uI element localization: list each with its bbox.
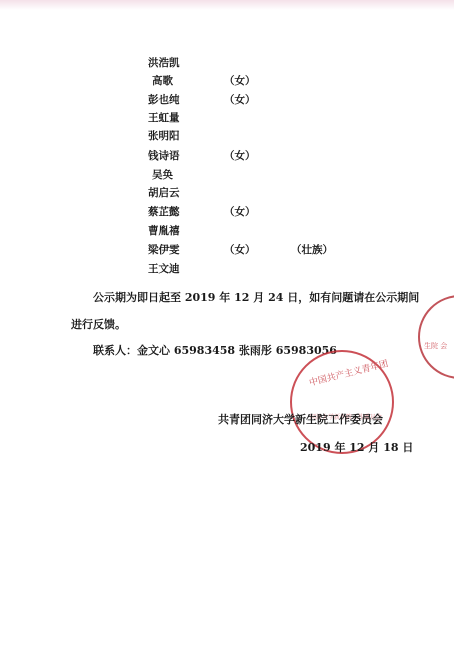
list-item: 张明阳	[0, 129, 454, 143]
gender-label: （女）	[224, 74, 256, 88]
name: 高歌	[152, 74, 173, 88]
gender-label: （女）	[224, 243, 256, 257]
seal-text: 中国共产主义青年团	[308, 356, 390, 388]
list-item: 彭也纯 （女）	[0, 93, 454, 107]
name: 吴奂	[152, 168, 173, 182]
list-item: 曹胤禧	[0, 224, 454, 238]
official-seal: 中国共产主义青年团 同济大学新生院工作委员会	[290, 350, 394, 454]
notice-paragraph-line2: 进行反馈。	[71, 318, 126, 332]
list-item: 王文迪	[0, 262, 454, 276]
list-item: 胡启云	[0, 186, 454, 200]
name: 梁伊雯	[148, 243, 180, 257]
name: 胡启云	[148, 186, 180, 200]
name: 王文迪	[148, 262, 180, 276]
list-item: 王虹量	[0, 111, 454, 125]
name: 洪浩凯	[148, 56, 180, 70]
partial-seal-text: 生院 会	[424, 341, 447, 351]
list-item: 洪浩凯	[0, 56, 454, 70]
list-item: 高歌 （女）	[0, 74, 454, 88]
partial-seal: 生院 会	[418, 295, 454, 379]
name: 钱诗语	[148, 149, 180, 163]
signature-organization: 共青团同济大学新生院工作委员会	[218, 413, 383, 427]
gender-label: （女）	[224, 93, 256, 107]
list-item: 蔡芷懿 （女）	[0, 205, 454, 219]
gender-label: （女）	[224, 149, 256, 163]
name: 王虹量	[148, 111, 180, 125]
contact-line: 联系人：金文心 65983458 张雨彤 65983056	[93, 344, 337, 358]
scan-edge-tint	[0, 0, 454, 10]
signature-date: 2019 年 12 月 18 日	[300, 441, 413, 455]
notice-paragraph-line1: 公示期为即日起至 2019 年 12 月 24 日，如有问题请在公示期间	[93, 291, 419, 305]
list-item: 钱诗语 （女）	[0, 149, 454, 163]
name: 曹胤禧	[148, 224, 180, 238]
name: 彭也纯	[148, 93, 180, 107]
name: 蔡芷懿	[148, 205, 180, 219]
ethnicity-label: （壮族）	[291, 243, 333, 257]
gender-label: （女）	[224, 205, 256, 219]
list-item: 梁伊雯 （女） （壮族）	[0, 243, 454, 257]
name: 张明阳	[148, 129, 180, 143]
list-item: 吴奂	[0, 168, 454, 182]
